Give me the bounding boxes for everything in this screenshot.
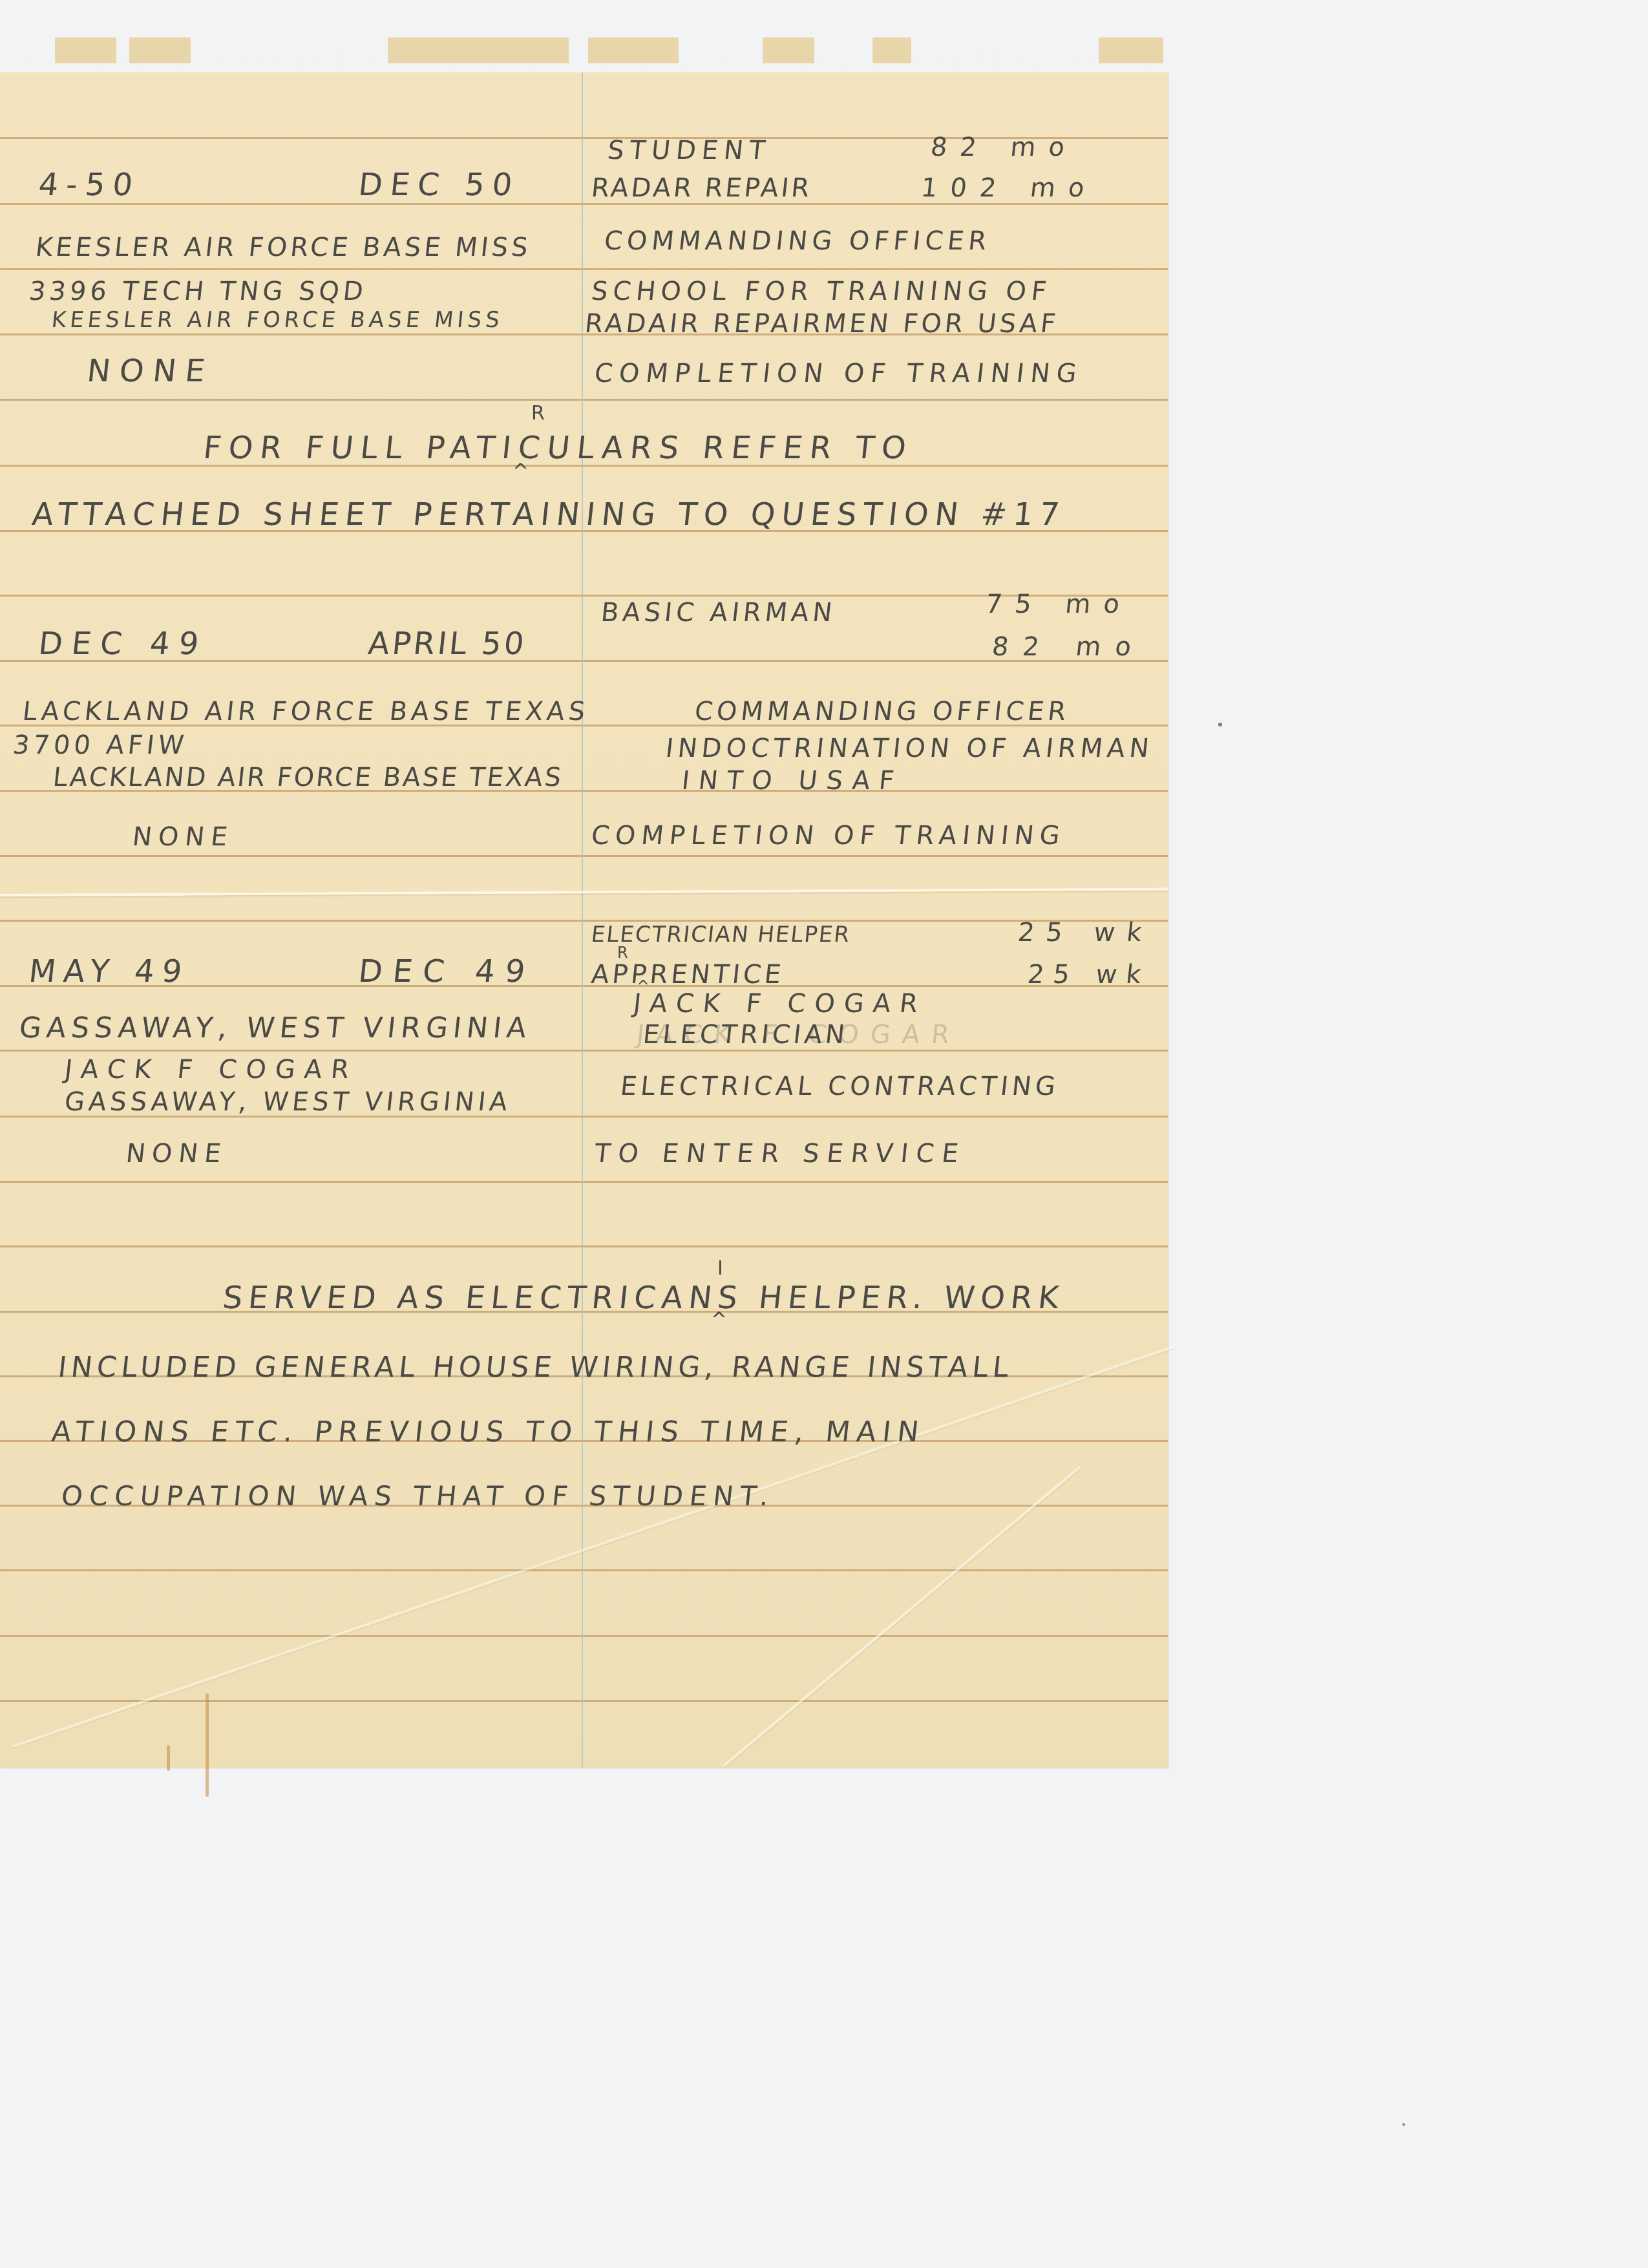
entry1-title-line1: STUDENT (606, 136, 772, 165)
dust-speck (1218, 723, 1222, 726)
rust-stain (206, 1693, 209, 1797)
narrative-line2: INCLUDED GENERAL HOUSE WIRING, RANGE INS… (56, 1351, 1015, 1384)
entry3-to-date: DEC 49 (357, 953, 537, 990)
narrative-line3: ATIONS ETC. PREVIOUS TO THIS TIME, MAIN (50, 1415, 927, 1448)
narrative-line4: OCCUPATION WAS THAT OF STUDENT. (59, 1480, 776, 1512)
narrative-line1: SERVED AS ELECTRICANS HELPER. WORK (221, 1280, 1066, 1316)
entry3-address-line2: GASSAWAY, WEST VIRGINIA (63, 1087, 513, 1117)
entry1-to-date: DEC 50 (357, 167, 522, 203)
entry1-duties-line1: SCHOOL FOR TRAINING OF (590, 277, 1053, 306)
entry1-address-line2: KEESLER AIR FORCE BASE MISS (50, 307, 505, 333)
entry3-employer: GASSAWAY, WEST VIRGINIA (17, 1012, 533, 1044)
entry1-deductions: NONE (85, 353, 216, 389)
entry1-reason-for-leaving: COMPLETION OF TRAINING (593, 359, 1084, 388)
entry3-from-date: MAY 49 (27, 953, 191, 990)
entry1-from-date: 4-50 (37, 167, 142, 203)
entry3-title-line1: ELECTRICIAN HELPER (590, 922, 852, 948)
entry2-employer: LACKLAND AIR FORCE BASE TEXAS (21, 697, 591, 726)
insertion-letter-r: R (617, 944, 628, 962)
entry1-address-line1: 3396 TECH TNG SQD (28, 277, 369, 306)
entry1-employer: KEESLER AIR FORCE BASE MISS (34, 233, 533, 262)
entry2-title-line1: BASIC AIRMAN (600, 598, 838, 628)
entry3-reason-for-leaving: TO ENTER SERVICE (593, 1139, 968, 1169)
entry3-address-line1: JACK F COGAR (63, 1055, 360, 1085)
entry2-address-line1: 3700 AFIW (12, 730, 189, 760)
entry2-reason-for-leaving: COMPLETION OF TRAINING (590, 821, 1067, 851)
entry2-from-date: DEC 49 (37, 626, 209, 662)
rust-stain (167, 1745, 170, 1771)
entry1-pay-line2: 102 mo (920, 173, 1099, 203)
insertion-caret: ^ (711, 1309, 727, 1331)
entry1-supervisor: COMMANDING OFFICER (603, 226, 993, 256)
entry2-to-date: APRIL 50 (366, 626, 528, 662)
perforated-top-edge (0, 34, 1168, 72)
entry3-supervisor-line1: JACK F COGAR (632, 989, 929, 1019)
insertion-letter-r: R (531, 402, 545, 425)
entry1-pay-line1: 82 mo (929, 132, 1079, 162)
entry3-duties-line1: ELECTRICAL CONTRACTING (619, 1072, 1061, 1101)
insertion-letter-i: I (717, 1257, 723, 1280)
entry2-duties-line2: INTO USAF (681, 766, 905, 796)
entry3-supervisor-line2: ELECTRICIAN (642, 1020, 850, 1050)
entry2-deductions: NONE (131, 822, 235, 852)
dust-speck (1402, 2123, 1405, 2126)
entry1-duties-line2: RADAIR REPAIRMEN FOR USAF (584, 309, 1061, 339)
insertion-caret: ^ (512, 460, 529, 483)
reference-line1: FOR FULL PATICULARS REFER TO (202, 430, 915, 466)
entry2-address-line2: LACKLAND AIR FORCE BASE TEXAS (52, 763, 565, 792)
entry2-duties-line1: INDOCTRINATION OF AIRMAN (664, 734, 1155, 763)
entry2-supervisor: COMMANDING OFFICER (693, 697, 1072, 726)
entry3-pay-line2: 25 wk (1026, 960, 1152, 990)
entry2-pay-line2: 82 mo (991, 632, 1147, 662)
reference-line2: ATTACHED SHEET PERTAINING TO QUESTION #1… (30, 496, 1068, 533)
entry3-title-line2: APPRENTICE (590, 960, 786, 990)
vertical-margin-line (582, 72, 583, 1768)
entry2-pay-line1: 75 mo (984, 589, 1134, 619)
entry1-title-line2: RADAR REPAIR (590, 173, 814, 203)
entry3-pay-line1: 25 wk (1017, 918, 1155, 948)
entry3-deductions: NONE (125, 1139, 229, 1169)
